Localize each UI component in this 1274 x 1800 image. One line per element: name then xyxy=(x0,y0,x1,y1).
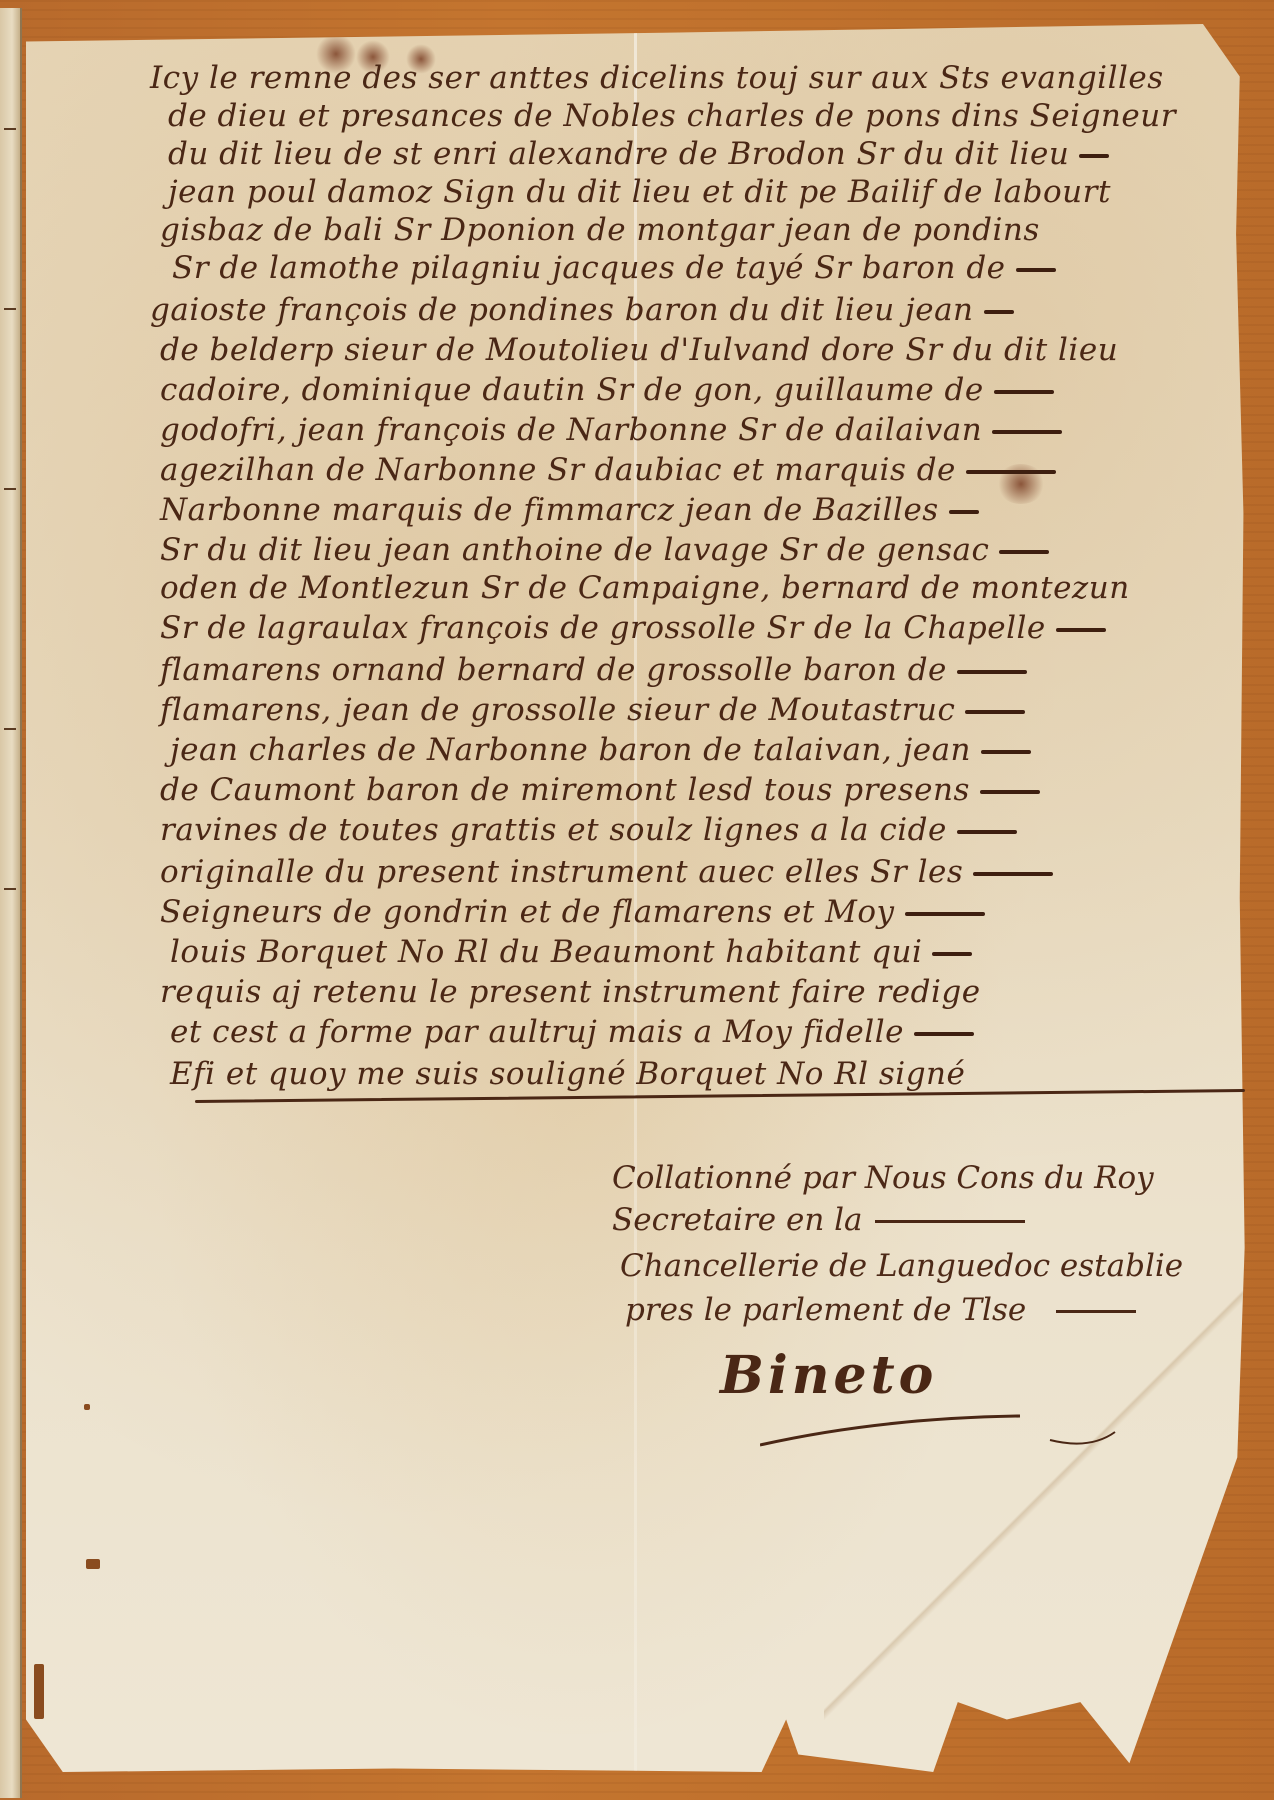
certification-line: Chancellerie de Languedoc establie xyxy=(620,1248,1183,1284)
body-line: Seigneurs de gondrin et de flamarens et … xyxy=(160,894,985,930)
body-line: Icy le remne des ser anttes dicelins tou… xyxy=(150,60,1164,96)
body-line: godofri, jean françois de Narbonne Sr de… xyxy=(160,412,1062,448)
binding-ink-mark xyxy=(4,128,16,130)
body-line: flamarens ornand bernard de grossolle ba… xyxy=(160,652,1027,688)
body-line: Sr de lamothe pilagniu jacques de tayé S… xyxy=(172,250,1056,286)
binding-page-stack xyxy=(0,8,22,1798)
body-line: louis Borquet No Rl du Beaumont habitant… xyxy=(170,934,972,970)
body-line: flamarens, jean de grossolle sieur de Mo… xyxy=(160,692,1025,728)
binding-ink-mark xyxy=(4,888,16,890)
binding-ink-mark xyxy=(4,308,16,310)
body-line: de Caumont baron de miremont lesd tous p… xyxy=(160,772,1040,808)
certification-line: Secretaire en la xyxy=(612,1202,1025,1238)
certification-line: pres le parlement de Tlse xyxy=(625,1292,1136,1328)
binding-ink-mark xyxy=(4,488,16,490)
body-line: agezilhan de Narbonne Sr daubiac et marq… xyxy=(160,452,1056,488)
body-line: de dieu et presances de Nobles charles d… xyxy=(168,98,1176,134)
body-line: requis aj retenu le present instrument f… xyxy=(160,974,981,1010)
paper-tear xyxy=(34,1664,44,1719)
body-line: jean charles de Narbonne baron de talaiv… xyxy=(170,732,1031,768)
paper-hole xyxy=(86,1559,100,1569)
body-line: originalle du present instrument auec el… xyxy=(160,854,1053,890)
body-line: Sr de lagraulax françois de grossolle Sr… xyxy=(160,610,1106,646)
binding-ink-mark xyxy=(4,728,16,730)
body-line: Sr du dit lieu jean anthoine de lavage S… xyxy=(160,532,1049,568)
body-line: et cest a forme par aultruj mais a Moy f… xyxy=(170,1014,974,1050)
certification-line: Collationné par Nous Cons du Roy xyxy=(612,1160,1154,1196)
signature-flourish xyxy=(760,1410,1120,1450)
notary-signature: Bineto xyxy=(720,1345,937,1406)
body-line: Narbonne marquis de fimmarcz jean de Baz… xyxy=(160,492,979,528)
body-line: du dit lieu de st enri alexandre de Brod… xyxy=(168,136,1109,172)
body-line: de belderp sieur de Moutolieu d'Iulvand … xyxy=(160,332,1118,368)
body-line: ravines de toutes grattis et soulz ligne… xyxy=(160,812,1017,848)
body-line: gaioste françois de pondines baron du di… xyxy=(150,292,1014,328)
folded-corner xyxy=(824,1272,1244,1732)
body-line: oden de Montlezun Sr de Campaigne, berna… xyxy=(160,570,1130,606)
body-line: cadoire, dominique dautin Sr de gon, gui… xyxy=(160,372,1054,408)
body-line: Efi et quoy me suis souligné Borquet No … xyxy=(170,1056,965,1092)
body-line: gisbaz de bali Sr Dponion de montgar jea… xyxy=(160,212,1040,248)
paper-speck xyxy=(84,1404,90,1410)
body-line: jean poul damoz Sign du dit lieu et dit … xyxy=(168,174,1111,210)
